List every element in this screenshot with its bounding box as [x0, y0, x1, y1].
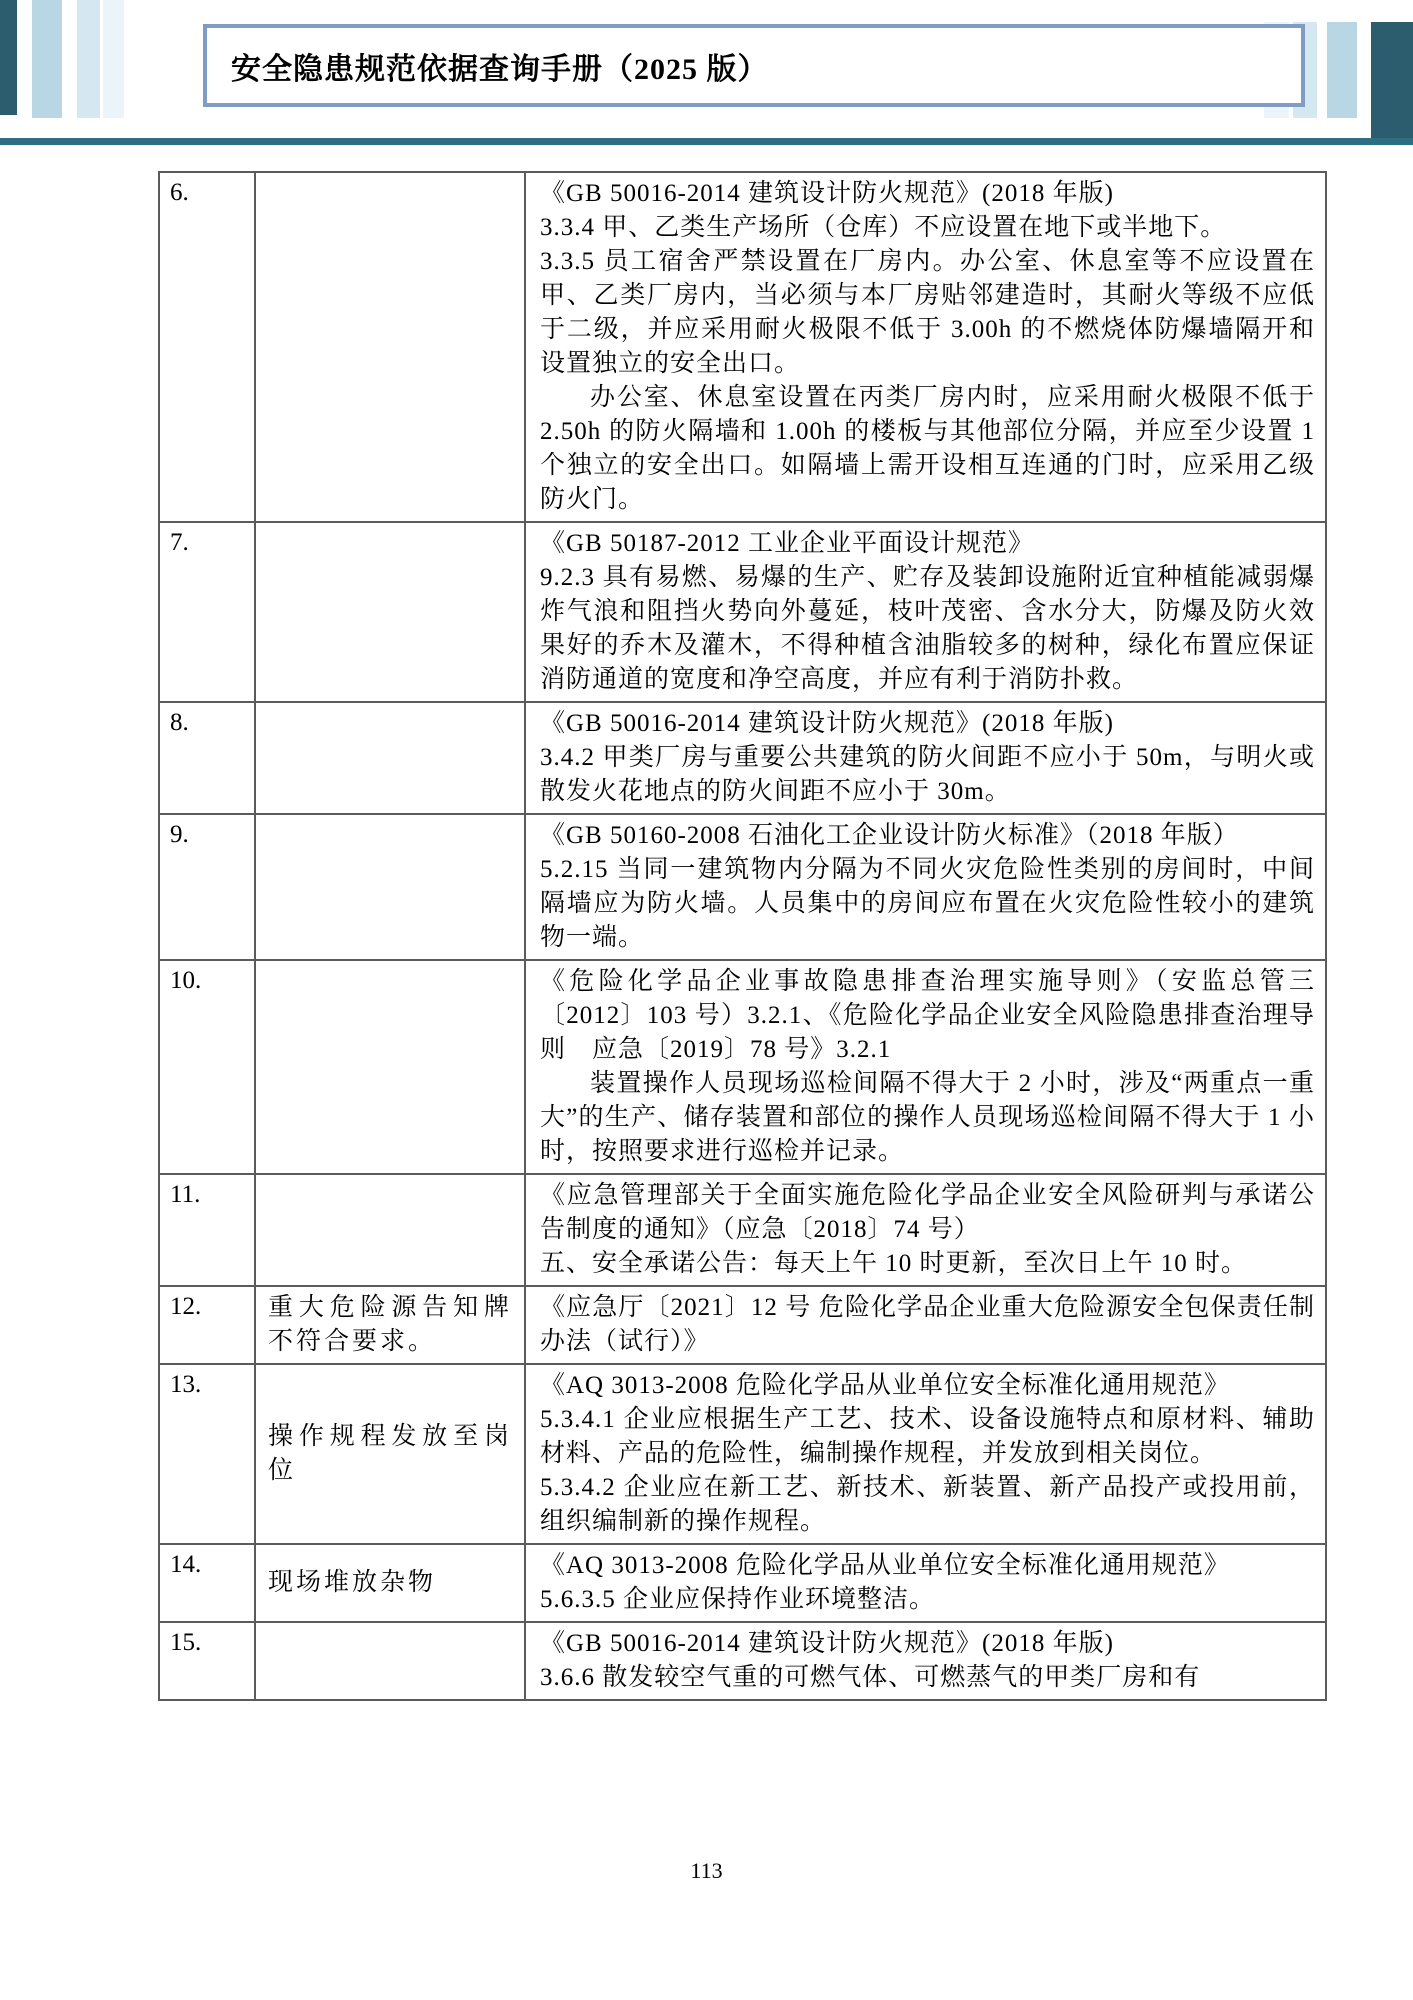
regulation-paragraph: 5.6.3.5 企业应保持作业环境整洁。 [540, 1583, 1315, 1617]
regulation-paragraph: 《GB 50016-2014 建筑设计防火规范》(2018 年版) [540, 177, 1315, 211]
regulation-paragraph: 《GB 50160-2008 石油化工企业设计防火标准》（2018 年版） [540, 819, 1315, 853]
regulation-paragraph: 《危险化学品企业事故隐患排查治理实施导则》（安监总管三〔2012〕103 号）3… [540, 965, 1315, 1067]
regulation-paragraph: 《GB 50016-2014 建筑设计防火规范》(2018 年版) [540, 1627, 1315, 1661]
regulation-cell: 《GB 50016-2014 建筑设计防火规范》(2018 年版)3.3.4 甲… [525, 172, 1326, 522]
hazard-issue-cell [255, 522, 525, 702]
regulation-paragraph: 《GB 50016-2014 建筑设计防火规范》(2018 年版) [540, 707, 1315, 741]
row-number-cell: 9. [159, 814, 255, 960]
corner-bar-mid-right [1327, 22, 1357, 118]
regulation-cell: 《GB 50016-2014 建筑设计防火规范》(2018 年版)3.4.2 甲… [525, 702, 1326, 814]
regulation-cell: 《应急厅〔2021〕12 号 危险化学品企业重大危险源安全包保责任制办法（试行）… [525, 1286, 1326, 1364]
table-row: 13.操作规程发放至岗位《AQ 3013-2008 危险化学品从业单位安全标准化… [159, 1364, 1326, 1544]
regulation-paragraph: 3.3.4 甲、乙类生产场所（仓库）不应设置在地下或半地下。 [540, 211, 1315, 245]
regulation-paragraph: 3.6.6 散发较空气重的可燃气体、可燃蒸气的甲类厂房和有 [540, 1661, 1315, 1695]
row-number-cell: 6. [159, 172, 255, 522]
row-number-cell: 7. [159, 522, 255, 702]
row-number-cell: 11. [159, 1174, 255, 1286]
row-number-cell: 13. [159, 1364, 255, 1544]
row-number-cell: 8. [159, 702, 255, 814]
corner-bar-faint-left [103, 0, 124, 118]
hazard-issue-cell [255, 814, 525, 960]
hazard-issue-cell [255, 1622, 525, 1700]
regulation-cell: 《AQ 3013-2008 危险化学品从业单位安全标准化通用规范》5.3.4.1… [525, 1364, 1326, 1544]
regulation-paragraph: 装置操作人员现场巡检间隔不得大于 2 小时，涉及“两重点一重大”的生产、储存装置… [540, 1067, 1315, 1169]
hazard-issue-cell: 现场堆放杂物 [255, 1544, 525, 1622]
regulation-cell: 《GB 50187-2012 工业企业平面设计规范》9.2.3 具有易燃、易爆的… [525, 522, 1326, 702]
regulation-paragraph: 3.4.2 甲类厂房与重要公共建筑的防火间距不应小于 50m，与明火或散发火花地… [540, 741, 1315, 809]
header-title-box: 安全隐患规范依据查询手册（2025 版） [203, 24, 1305, 107]
table-row: 6.《GB 50016-2014 建筑设计防火规范》(2018 年版)3.3.4… [159, 172, 1326, 522]
table-row: 12.重大危险源告知牌不符合要求。《应急厅〔2021〕12 号 危险化学品企业重… [159, 1286, 1326, 1364]
regulation-paragraph: 5.2.15 当同一建筑物内分隔为不同火灾危险性类别的房间时，中间隔墙应为防火墙… [540, 853, 1315, 955]
row-number-cell: 15. [159, 1622, 255, 1700]
rules-table-body: 6.《GB 50016-2014 建筑设计防火规范》(2018 年版)3.3.4… [159, 172, 1326, 1700]
regulation-cell: 《应急管理部关于全面实施危险化学品企业安全风险研判与承诺公告制度的通知》（应急〔… [525, 1174, 1326, 1286]
table-row: 11.《应急管理部关于全面实施危险化学品企业安全风险研判与承诺公告制度的通知》（… [159, 1174, 1326, 1286]
corner-bar-light-left [77, 0, 100, 118]
table-row: 14.现场堆放杂物《AQ 3013-2008 危险化学品从业单位安全标准化通用规… [159, 1544, 1326, 1622]
regulation-paragraph: 5.3.4.1 企业应根据生产工艺、技术、设备设施特点和原材料、辅助材料、产品的… [540, 1403, 1315, 1471]
row-number-cell: 10. [159, 960, 255, 1174]
table-row: 10.《危险化学品企业事故隐患排查治理实施导则》（安监总管三〔2012〕103 … [159, 960, 1326, 1174]
hazard-issue-cell: 操作规程发放至岗位 [255, 1364, 525, 1544]
corner-bar-dark-right [1371, 22, 1413, 138]
hazard-issue-cell [255, 702, 525, 814]
hazard-issue-cell [255, 172, 525, 522]
hazard-issue-cell: 重大危险源告知牌不符合要求。 [255, 1286, 525, 1364]
regulation-paragraph: 五、安全承诺公告：每天上午 10 时更新，至次日上午 10 时。 [540, 1247, 1315, 1281]
regulation-paragraph: 《应急厅〔2021〕12 号 危险化学品企业重大危险源安全包保责任制办法（试行）… [540, 1291, 1315, 1359]
regulation-paragraph: 办公室、休息室设置在丙类厂房内时，应采用耐火极限不低于 2.50h 的防火隔墙和… [540, 381, 1315, 517]
table-row: 8.《GB 50016-2014 建筑设计防火规范》(2018 年版)3.4.2… [159, 702, 1326, 814]
header-divider-rule [0, 138, 1413, 145]
regulation-paragraph: 《AQ 3013-2008 危险化学品从业单位安全标准化通用规范》 [540, 1549, 1315, 1583]
table-row: 9.《GB 50160-2008 石油化工企业设计防火标准》（2018 年版）5… [159, 814, 1326, 960]
regulation-cell: 《AQ 3013-2008 危险化学品从业单位安全标准化通用规范》5.6.3.5… [525, 1544, 1326, 1622]
row-number-cell: 12. [159, 1286, 255, 1364]
hazard-regulation-table: 6.《GB 50016-2014 建筑设计防火规范》(2018 年版)3.3.4… [158, 171, 1327, 1701]
regulation-cell: 《GB 50160-2008 石油化工企业设计防火标准》（2018 年版）5.2… [525, 814, 1326, 960]
table-row: 15.《GB 50016-2014 建筑设计防火规范》(2018 年版)3.6.… [159, 1622, 1326, 1700]
hazard-issue-cell [255, 1174, 525, 1286]
page-number: 113 [0, 1858, 1413, 1884]
regulation-paragraph: 3.3.5 员工宿舍严禁设置在厂房内。办公室、休息室等不应设置在甲、乙类厂房内，… [540, 245, 1315, 381]
table-row: 7.《GB 50187-2012 工业企业平面设计规范》9.2.3 具有易燃、易… [159, 522, 1326, 702]
corner-bar-mid-left [32, 0, 62, 118]
regulation-cell: 《危险化学品企业事故隐患排查治理实施导则》（安监总管三〔2012〕103 号）3… [525, 960, 1326, 1174]
regulation-paragraph: 《AQ 3013-2008 危险化学品从业单位安全标准化通用规范》 [540, 1369, 1315, 1403]
row-number-cell: 14. [159, 1544, 255, 1622]
regulation-cell: 《GB 50016-2014 建筑设计防火规范》(2018 年版)3.6.6 散… [525, 1622, 1326, 1700]
regulation-paragraph: 9.2.3 具有易燃、易爆的生产、贮存及装卸设施附近宜种植能减弱爆炸气浪和阻挡火… [540, 561, 1315, 697]
hazard-issue-cell [255, 960, 525, 1174]
regulation-paragraph: 5.3.4.2 企业应在新工艺、新技术、新装置、新产品投产或投用前，组织编制新的… [540, 1471, 1315, 1539]
corner-bar-dark-left [0, 0, 17, 115]
regulation-paragraph: 《GB 50187-2012 工业企业平面设计规范》 [540, 527, 1315, 561]
page-title: 安全隐患规范依据查询手册（2025 版） [207, 44, 769, 88]
regulation-paragraph: 《应急管理部关于全面实施危险化学品企业安全风险研判与承诺公告制度的通知》（应急〔… [540, 1179, 1315, 1247]
